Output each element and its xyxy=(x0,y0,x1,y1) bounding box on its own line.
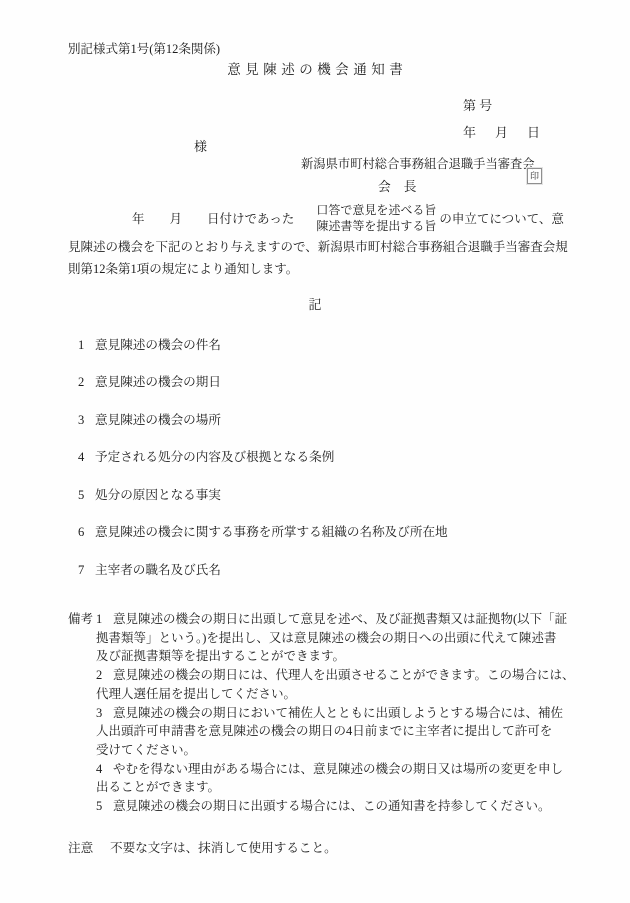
remark-text: 代理人選任届を提出してください。 xyxy=(96,685,572,704)
remark-number: 3 xyxy=(96,704,113,723)
statement-options: 口答で意見を述べる旨 陳述書等を提出する旨 xyxy=(316,202,436,235)
list-item-text: 処分の原因となる事実 xyxy=(95,488,221,502)
remark-text: 及び証拠書類等を提出することができます。 xyxy=(96,647,572,666)
notice-label: 注意 xyxy=(68,837,110,856)
notice-line: 注意不要な文字は、抹消して使用すること。 xyxy=(68,837,337,856)
document-title: 意見陳述の機会通知書 xyxy=(0,58,630,78)
list-item-number: 6 xyxy=(78,525,95,540)
remark-text: 意見陳述の機会の期日に出頭する場合には、この通知書を持参してください。 xyxy=(113,799,551,813)
list-item-7: 7主宰者の職名及び氏名 xyxy=(78,559,221,578)
remark-item-3: 3意見陳述の機会の期日において補佐人とともに出頭しようとする場合には、補佐 人出… xyxy=(96,704,572,760)
list-item-text: 予定される処分の内容及び根拠となる条例 xyxy=(95,450,334,464)
document-page: 別記様式第1号(第12条関係) 意見陳述の機会通知書 第 号 年 月 日 様 新… xyxy=(0,0,630,903)
list-item-text: 意見陳述の機会の期日 xyxy=(95,375,221,389)
list-item-2: 2意見陳述の機会の期日 xyxy=(78,371,221,390)
doc-number-prefix: 第 xyxy=(463,98,476,113)
remark-text: やむを得ない理由がある場合には、意見陳述の機会の期日又は場所の変更を申し xyxy=(113,762,563,776)
list-item-number: 7 xyxy=(78,563,95,578)
date-day-label: 日 xyxy=(527,122,540,141)
issuer-title: 会 長 xyxy=(378,176,416,195)
doc-number-line: 第 号 xyxy=(463,95,480,114)
remarks-section: 備考 1意見陳述の機会の期日に出頭して意見を述べ、及び証拠書類又は証拠物(以下「… xyxy=(68,610,572,816)
list-item-text: 意見陳述の機会の場所 xyxy=(95,413,221,427)
addressee-honorific: 様 xyxy=(194,136,207,155)
remark-text: 出ることができます。 xyxy=(96,778,572,797)
intro-date-blank: 年 月 日付けであった xyxy=(132,209,294,227)
intro-line-2: 見陳述の機会を下記のとおり与えますので、新潟県市町村総合事務組合退職手当審査会規 xyxy=(68,236,572,258)
list-item-6: 6意見陳述の機会に関する事務を所掌する組織の名称及び所在地 xyxy=(78,521,448,540)
date-month-label: 月 xyxy=(495,122,508,141)
list-item-number: 3 xyxy=(78,413,95,428)
list-item-text: 意見陳述の機会の件名 xyxy=(95,338,221,352)
issuer-organization: 新潟県市町村総合事務組合退職手当審査会 xyxy=(301,154,535,172)
remark-text: 受けてください。 xyxy=(96,741,572,760)
remark-item-1: 1意見陳述の機会の期日に出頭して意見を述べ、及び証拠書類又は証拠物(以下「証 拠… xyxy=(96,610,572,666)
remark-text: 意見陳述の機会の期日に出頭して意見を述べ、及び証拠書類又は証拠物(以下「証 xyxy=(113,612,567,626)
intro-line-1: 年 月 日付けであった 口答で意見を述べる旨 陳述書等を提出する旨 の申立てにつ… xyxy=(68,200,572,236)
remark-number: 5 xyxy=(96,797,113,816)
doc-number-suffix: 号 xyxy=(479,98,492,113)
header-number-date: 第 号 年 月 日 xyxy=(463,95,540,141)
list-item-3: 3意見陳述の機会の場所 xyxy=(78,409,221,428)
list-item-4: 4予定される処分の内容及び根拠となる条例 xyxy=(78,446,334,465)
remark-item-4: 4やむを得ない理由がある場合には、意見陳述の機会の期日又は場所の変更を申し 出る… xyxy=(96,760,572,797)
notice-text: 不要な文字は、抹消して使用すること。 xyxy=(110,841,337,855)
list-item-1: 1意見陳述の機会の件名 xyxy=(78,334,221,353)
date-year-label: 年 xyxy=(463,122,476,141)
intro-paragraph: 年 月 日付けであった 口答で意見を述べる旨 陳述書等を提出する旨 の申立てにつ… xyxy=(68,200,572,280)
remark-items: 1意見陳述の機会の期日に出頭して意見を述べ、及び証拠書類又は証拠物(以下「証 拠… xyxy=(96,610,572,816)
remark-text: 拠書類等」という。)を提出し、又は意見陳述の機会の期日への出頭に代えて陳述書 xyxy=(96,629,572,648)
option-written-statement: 陳述書等を提出する旨 xyxy=(316,218,436,235)
list-item-number: 1 xyxy=(78,338,95,353)
remark-number: 2 xyxy=(96,666,113,685)
list-item-5: 5処分の原因となる事実 xyxy=(78,484,221,503)
intro-line-1-post: の申立てについて、意 xyxy=(439,209,564,227)
seal-stamp: 印 xyxy=(527,168,542,184)
form-reference: 別記様式第1号(第12条関係) xyxy=(68,39,220,57)
remark-number: 1 xyxy=(96,610,113,629)
intro-line-3: 則第12条第1項の規定により通知します。 xyxy=(68,258,572,280)
remark-text: 意見陳述の機会の期日において補佐人とともに出頭しようとする場合には、補佐 xyxy=(113,706,563,720)
remark-text: 人出頭許可申請書を意見陳述の機会の期日の4日前までに主宰者に提出して許可を xyxy=(96,722,572,741)
list-item-number: 2 xyxy=(78,375,95,390)
remark-item-5: 5意見陳述の機会の期日に出頭する場合には、この通知書を持参してください。 xyxy=(96,797,572,816)
remark-text: 意見陳述の機会の期日には、代理人を出頭させることができます。この場合には、 xyxy=(113,668,575,682)
remarks-label: 備考 xyxy=(68,610,93,629)
ki-marker: 記 xyxy=(0,294,630,313)
date-line: 年 月 日 xyxy=(463,122,540,141)
list-item-number: 5 xyxy=(78,488,95,503)
remark-item-2: 2意見陳述の機会の期日には、代理人を出頭させることができます。この場合には、 代… xyxy=(96,666,572,703)
list-item-text: 主宰者の職名及び氏名 xyxy=(95,563,221,577)
list-item-number: 4 xyxy=(78,450,95,465)
option-oral-statement: 口答で意見を述べる旨 xyxy=(316,202,436,219)
list-item-text: 意見陳述の機会に関する事務を所掌する組織の名称及び所在地 xyxy=(95,525,448,539)
remark-number: 4 xyxy=(96,760,113,779)
